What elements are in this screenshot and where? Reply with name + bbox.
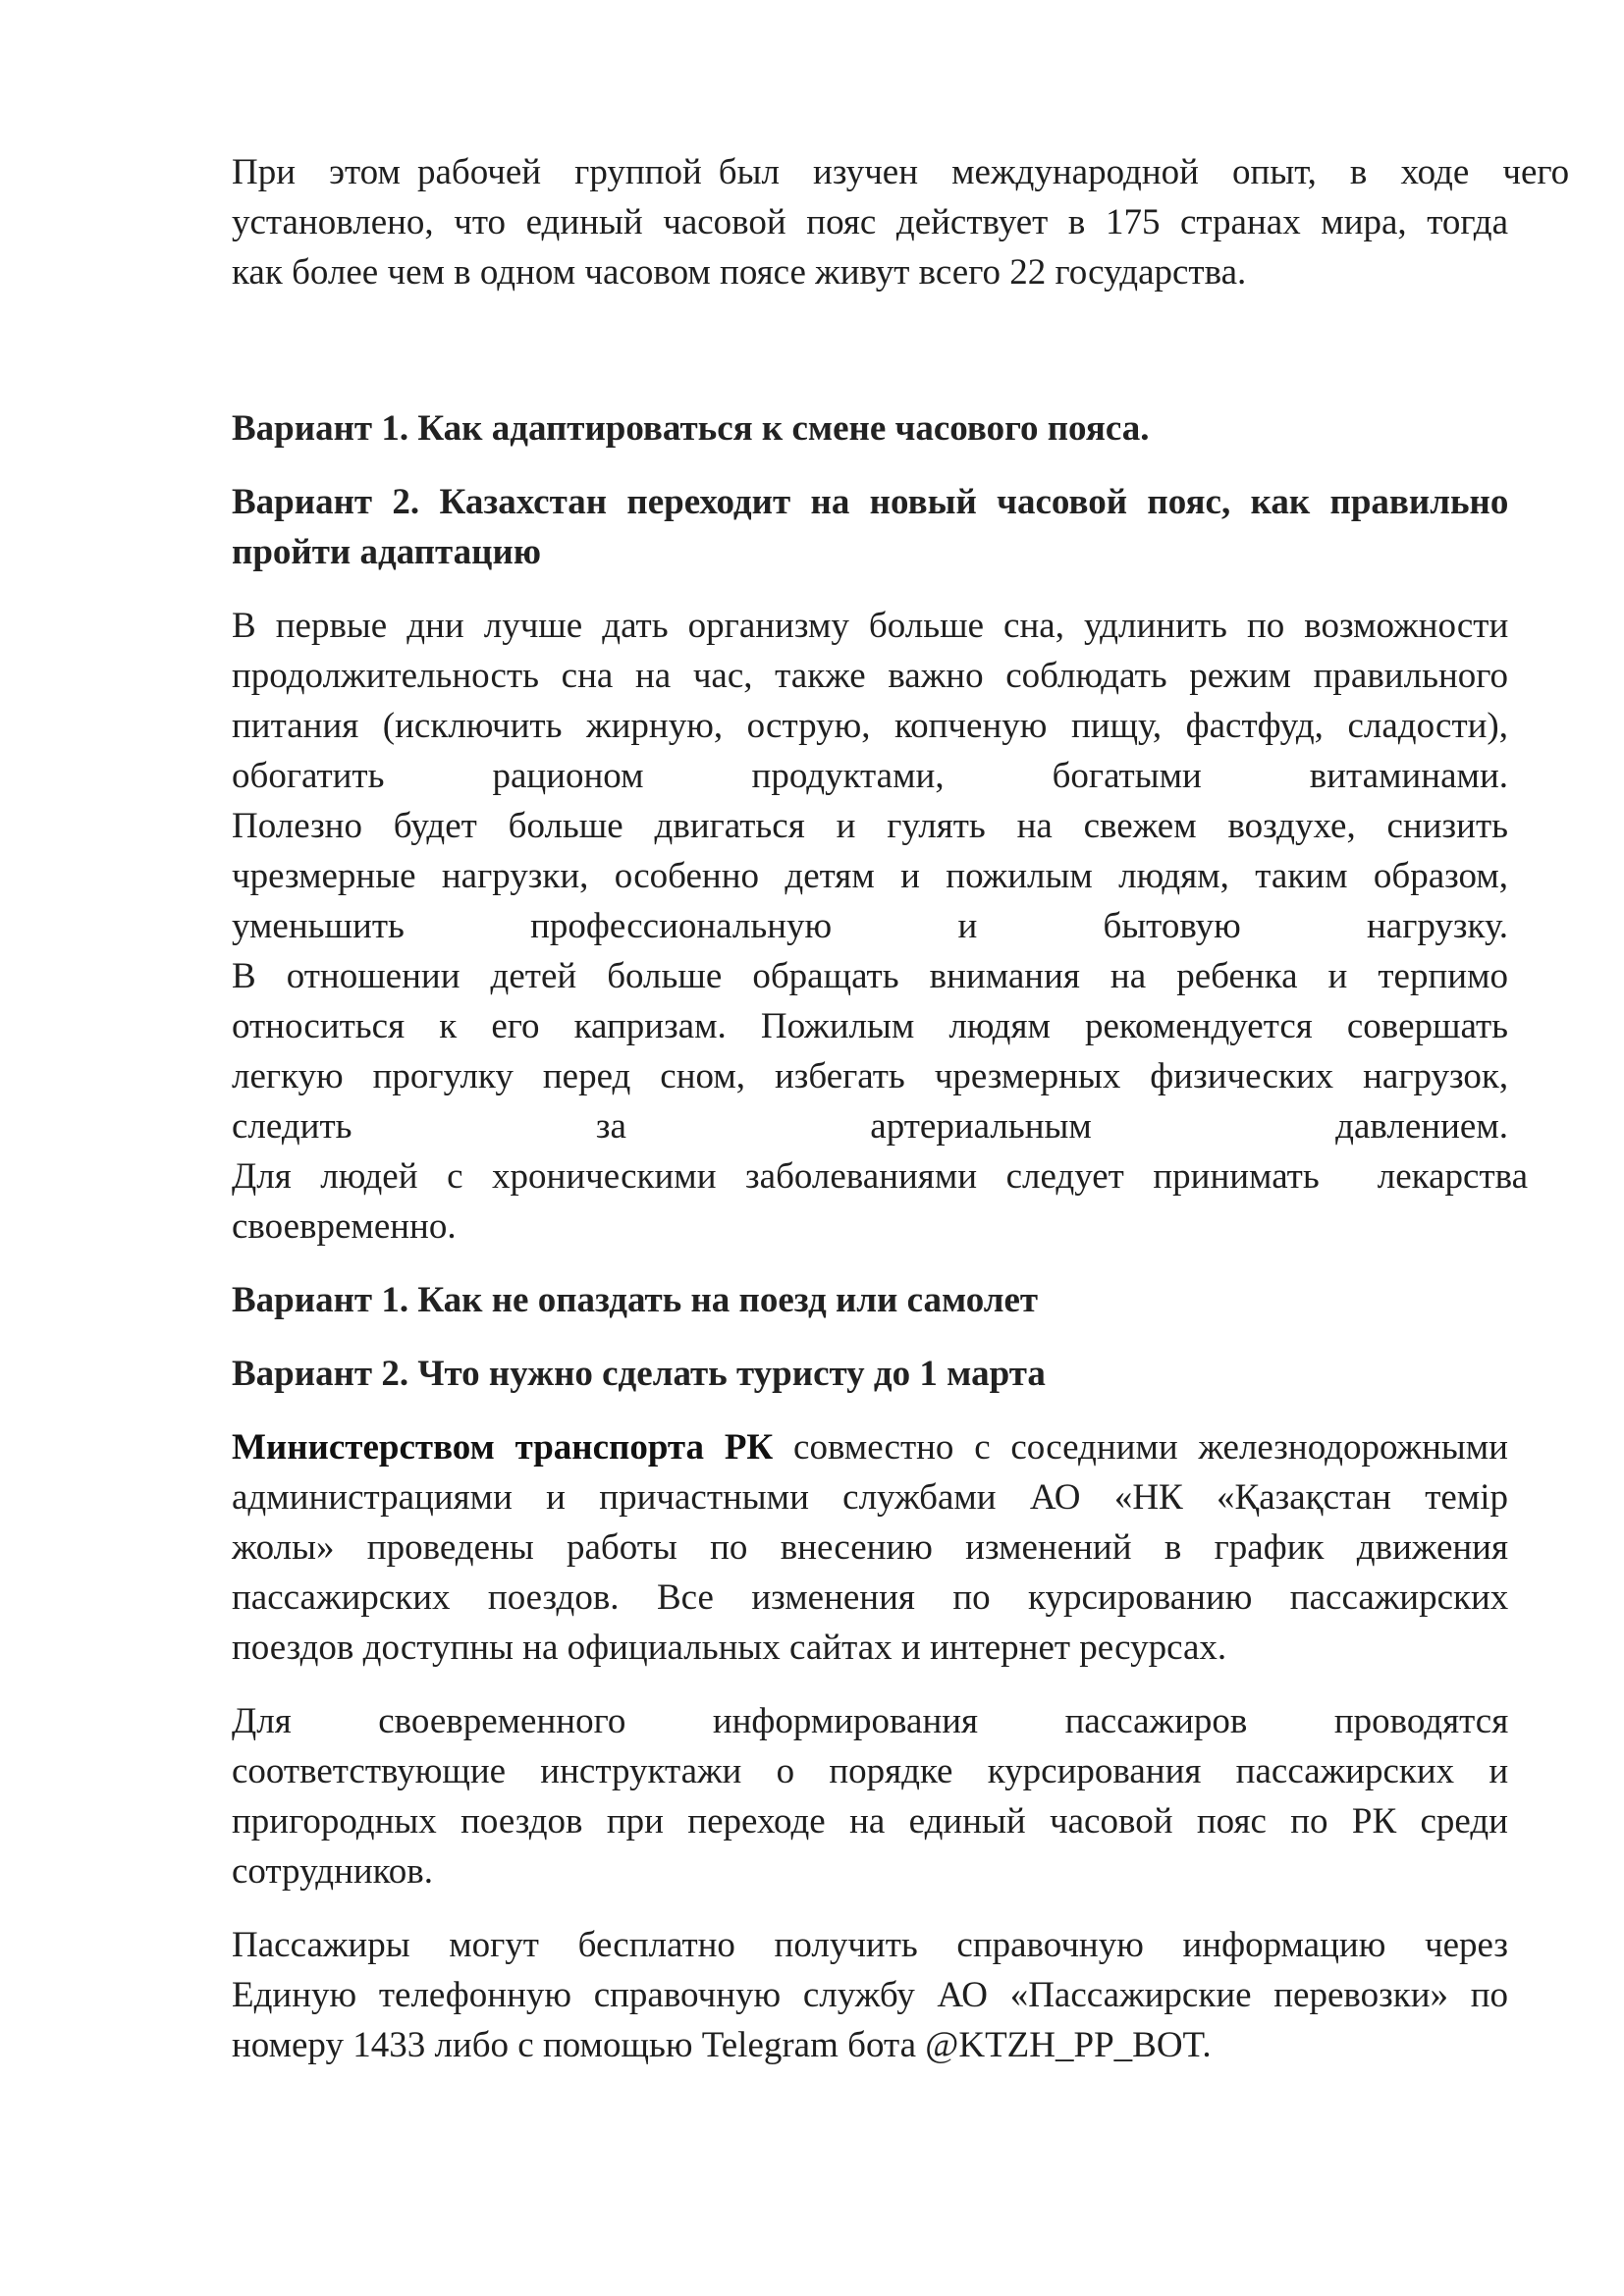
- text-line: питания (исключить жирную, острую, копче…: [232, 701, 1508, 751]
- text-line: сотрудников.: [232, 1846, 1508, 1896]
- paragraph-helpline-info: Пассажиры могут бесплатно получить справ…: [232, 1920, 1508, 2070]
- heading-variant-2-kazakhstan-timezone: Вариант 2. Казахстан переходит на новый …: [232, 477, 1508, 577]
- text-line: как более чем в одном часовом поясе живу…: [232, 247, 1508, 297]
- paragraph-international-experience: При этом рабочей группой был изучен межд…: [232, 147, 1508, 297]
- text-line: Министерством транспорта РК совместно с …: [232, 1422, 1508, 1472]
- text-line: своевременно.: [232, 1201, 1508, 1252]
- text-line: обогатить рационом продуктами, богатыми …: [232, 751, 1508, 801]
- text-line: пригородных поездов при переходе на един…: [232, 1796, 1508, 1846]
- text-line: В первые дни лучше дать организму больше…: [232, 601, 1508, 651]
- text-line: администрациями и причастными службами А…: [232, 1472, 1508, 1522]
- document-page: При этом рабочей группой был изучен межд…: [232, 147, 1508, 2070]
- text-line: Пассажиры могут бесплатно получить справ…: [232, 1920, 1508, 1970]
- text-line: легкую прогулку перед сном, избегать чре…: [232, 1051, 1508, 1101]
- text-line: Единую телефонную справочную службу АО «…: [232, 1970, 1508, 2020]
- text-line: относиться к его капризам. Пожилым людям…: [232, 1001, 1508, 1051]
- paragraph-ministry-transport: Министерством транспорта РК совместно с …: [232, 1422, 1508, 1673]
- heading-line: пройти адаптацию: [232, 527, 1508, 577]
- text-line: Полезно будет больше двигаться и гулять …: [232, 801, 1508, 851]
- text-line: соответствующие инструктажи о порядке ку…: [232, 1746, 1508, 1796]
- text-line: чрезмерные нагрузки, особенно детям и по…: [232, 851, 1508, 901]
- text-line: следить за артериальным давлением.: [232, 1101, 1508, 1151]
- text-line: пассажирских поездов. Все изменения по к…: [232, 1573, 1508, 1623]
- heading-variant-1-train-plane: Вариант 1. Как не опаздать на поезд или …: [232, 1275, 1508, 1325]
- paragraph-passenger-informing: Для своевременного информирования пассаж…: [232, 1696, 1508, 1896]
- text-line: номеру 1433 либо с помощью Telegram бота…: [232, 2020, 1508, 2070]
- heading-variant-2-tourist: Вариант 2. Что нужно сделать туристу до …: [232, 1349, 1508, 1399]
- text-run: совместно с соседними железнодорожными: [773, 1427, 1508, 1468]
- text-line: Для людей с хроническими заболеваниями с…: [232, 1151, 1508, 1201]
- paragraph-adaptation-advice: В первые дни лучше дать организму больше…: [232, 601, 1508, 1252]
- text-line: уменьшить профессиональную и бытовую наг…: [232, 901, 1508, 951]
- text-line: жолы» проведены работы по внесению измен…: [232, 1522, 1508, 1573]
- text-line: При этом рабочей группой был изучен межд…: [232, 147, 1508, 197]
- bold-lead-ministry: Министерством транспорта РК: [232, 1427, 773, 1468]
- text-line: продолжительность сна на час, также важн…: [232, 651, 1508, 701]
- text-line: поездов доступны на официальных сайтах и…: [232, 1623, 1508, 1673]
- text-line: В отношении детей больше обращать вниман…: [232, 951, 1508, 1001]
- text-line: Для своевременного информирования пассаж…: [232, 1696, 1508, 1746]
- text-line: установлено, что единый часовой пояс дей…: [232, 197, 1508, 247]
- heading-line: Вариант 2. Казахстан переходит на новый …: [232, 477, 1508, 527]
- heading-variant-1-adaptation: Вариант 1. Как адаптироваться к смене ча…: [232, 403, 1508, 454]
